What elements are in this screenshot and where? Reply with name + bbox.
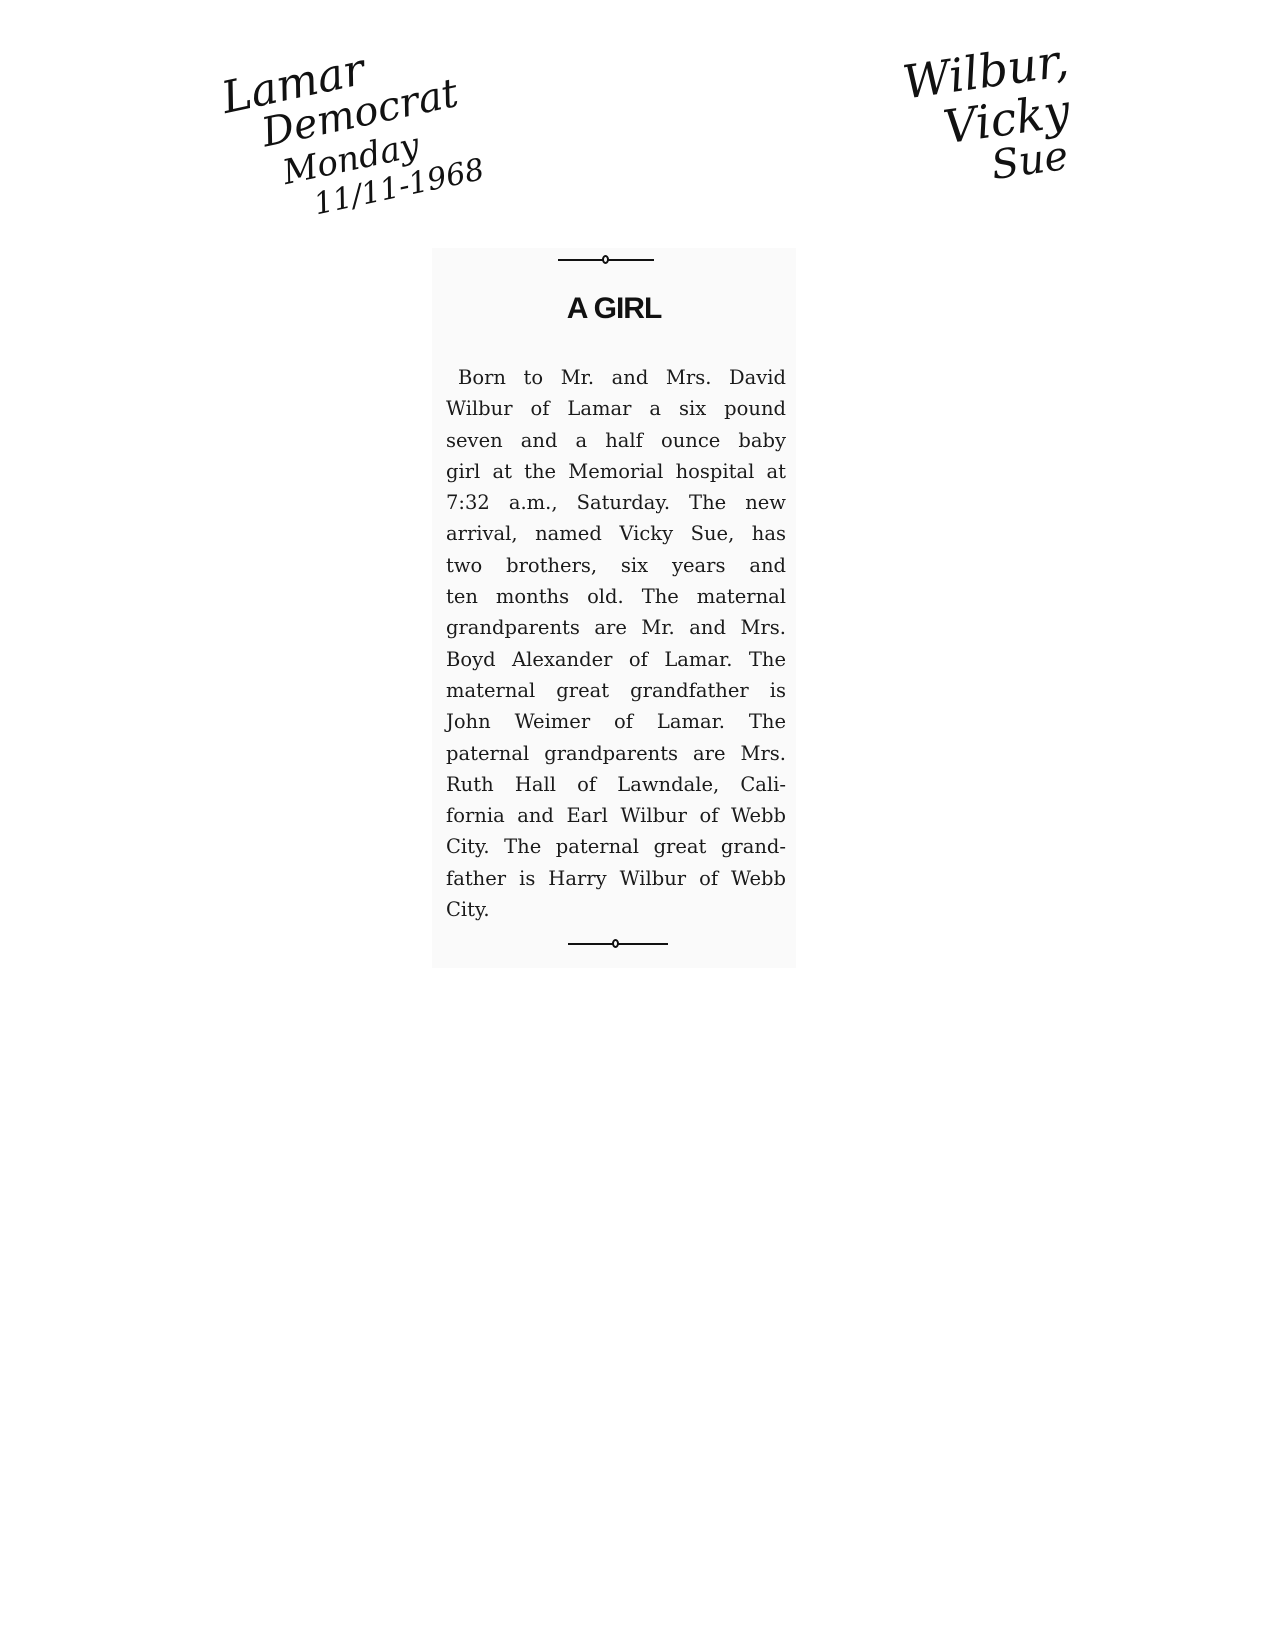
body-line: grandparents are Mr. and Mrs. (446, 612, 786, 643)
clipping-body: Born to Mr. and Mrs. David Wilbur of Lam… (446, 362, 786, 925)
body-line: 7:32 a.m., Saturday. The new (446, 487, 786, 518)
divider-ring-icon (612, 939, 619, 948)
clipping-headline: A GIRL (432, 292, 796, 326)
body-line: fornia and Earl Wilbur of Webb (446, 800, 786, 831)
body-line: Ruth Hall of Lawndale, Cali- (446, 769, 786, 800)
top-divider-ornament (432, 254, 796, 266)
body-line: maternal great grandfather is (446, 675, 786, 706)
body-line: father is Harry Wilbur of Webb (446, 863, 786, 894)
body-line: City. The paternal great grand- (446, 831, 786, 862)
body-line: Boyd Alexander of Lamar. The (446, 644, 786, 675)
body-line: paternal grandparents are Mrs. (446, 738, 786, 769)
body-line: arrival, named Vicky Sue, has (446, 518, 786, 549)
body-line: seven and a half ounce baby (446, 425, 786, 456)
body-line: John Weimer of Lamar. The (446, 706, 786, 737)
handwritten-source-note: Lamar Democrat Monday 11/11-1968 (218, 28, 487, 235)
handwritten-name-note: Wilbur, Vicky Sue (900, 37, 1084, 197)
bottom-divider-ornament (432, 938, 796, 950)
body-line: two brothers, six years and (446, 550, 786, 581)
note-line: Sue (989, 134, 1084, 186)
newspaper-clipping: A GIRL Born to Mr. and Mrs. David Wilbur… (432, 248, 796, 968)
body-line: Wilbur of Lamar a six pound (446, 393, 786, 424)
body-line: girl at the Memorial hospital at (446, 456, 786, 487)
divider-ring-icon (602, 255, 609, 264)
body-line: ten months old. The maternal (446, 581, 786, 612)
body-line: Born to Mr. and Mrs. David (446, 362, 786, 393)
body-line: City. (446, 894, 786, 925)
